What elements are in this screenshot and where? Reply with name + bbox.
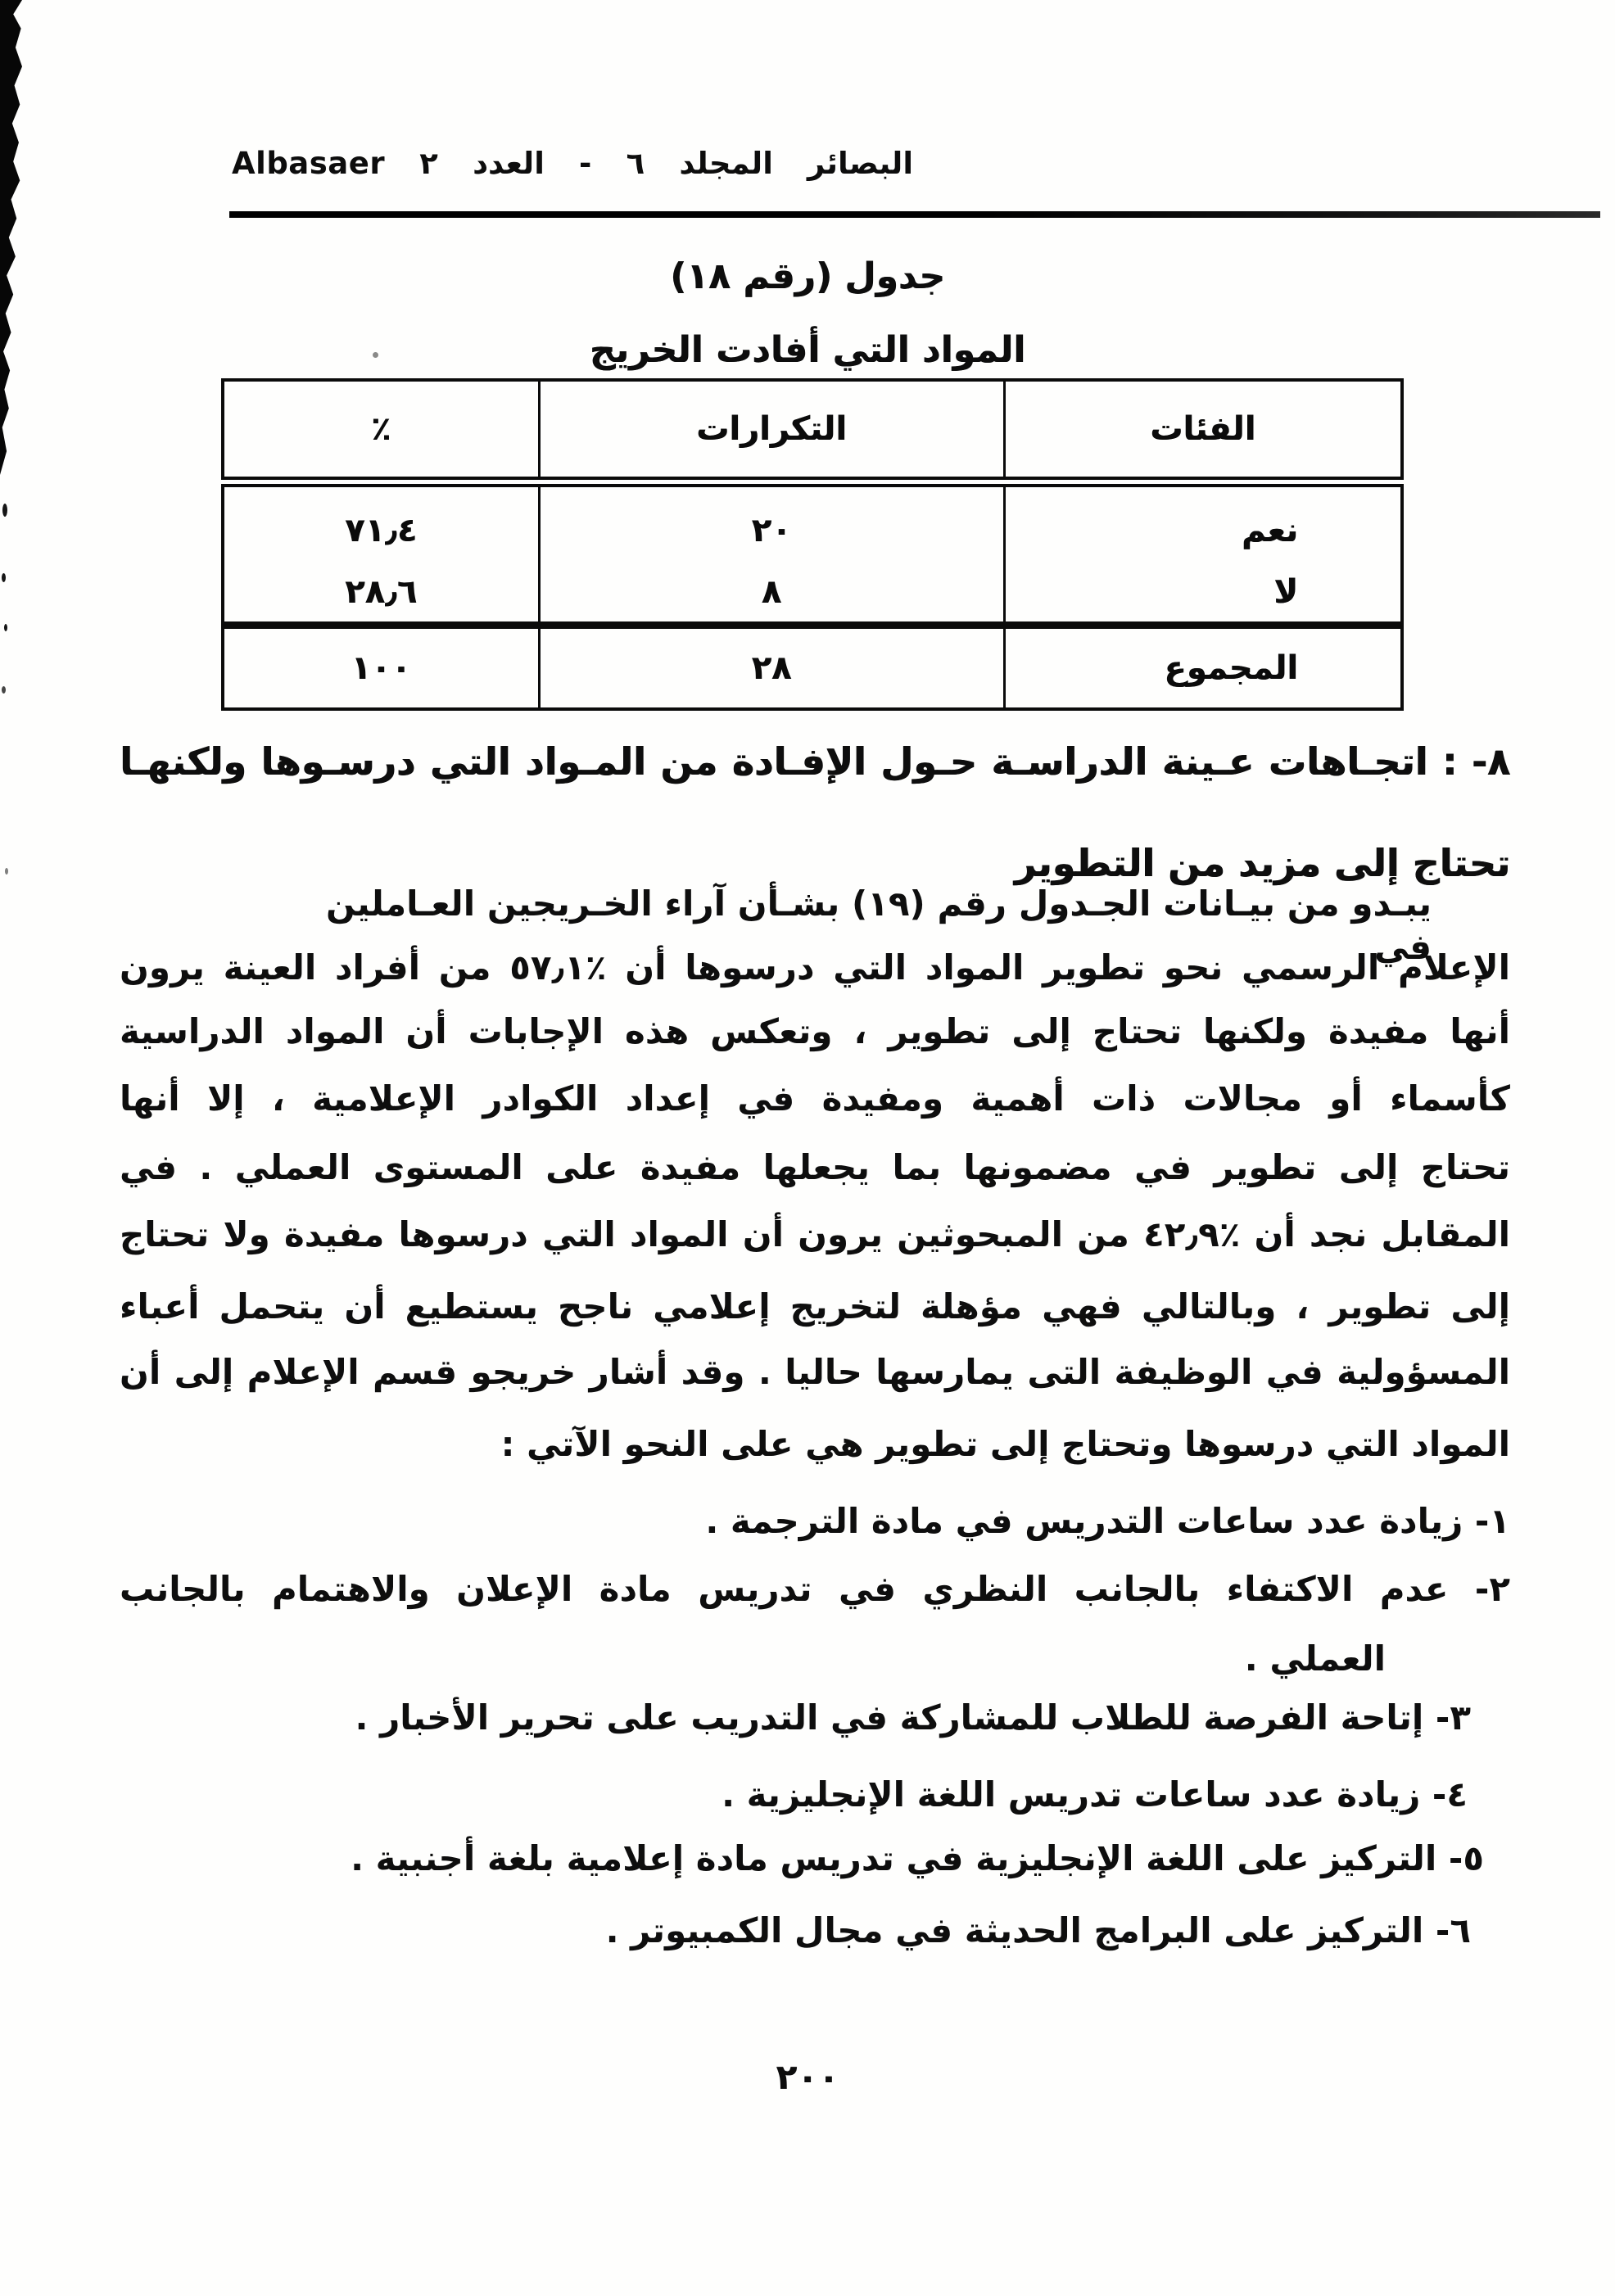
column-header-categories: الفئات xyxy=(1004,380,1402,482)
cell-percent: ٢٨٫٦ xyxy=(223,563,539,626)
header-rule xyxy=(229,211,1600,218)
list-item-2: ٢- عدم الاكتفاء بالجانب النظري في تدريس … xyxy=(120,1568,1510,1611)
table-row-no: لا ٨ ٢٨٫٦ xyxy=(223,563,1402,626)
journal-header: البصائر المجلد ٦ - العدد ٢ Albasaer xyxy=(232,146,913,181)
page-number: ٢٠٠ xyxy=(218,2057,1397,2097)
scan-speck xyxy=(2,573,6,582)
paragraph-line: المواد التي درسوها وتحتاج إلى تطوير هي ع… xyxy=(120,1423,1510,1467)
paragraph-line: الإعلام الرسمي نحو تطوير المواد التي درس… xyxy=(120,947,1510,990)
list-item-2-continuation: العملي . xyxy=(120,1638,1510,1681)
scan-edge-artifact xyxy=(0,0,22,475)
scan-speck xyxy=(5,868,8,875)
cell-frequency-total: ٢٨ xyxy=(539,626,1004,710)
list-item-6: ٦- التركيز على البرامج الحديثة في مجال ا… xyxy=(120,1910,1510,1953)
list-item-4: ٤- زيادة عدد ساعات تدريس اللغة الإنجليزي… xyxy=(120,1774,1510,1817)
paragraph-line: كأسماء أو مجالات ذات أهمية ومفيدة في إعد… xyxy=(120,1078,1510,1121)
table-header-row: الفئات التكرارات ٪ xyxy=(223,380,1402,482)
results-table: الفئات التكرارات ٪ نعم ٢٠ ٧١٫٤ لا ٨ ٢٨٫٦… xyxy=(221,378,1404,711)
cell-frequency: ٨ xyxy=(539,563,1004,626)
scan-speck xyxy=(2,504,7,517)
paragraph-line: أنها مفيدة ولكنها تحتاج إلى تطوير ، وتعك… xyxy=(120,1010,1510,1054)
section-heading-line2: تحتاج إلى مزيد من التطوير xyxy=(120,840,1510,888)
table-row-total: المجموع ٢٨ ١٠٠ xyxy=(223,626,1402,710)
section-heading-line1: ٨- : اتجـاهات عـينة الدراسـة حـول الإفـا… xyxy=(120,739,1510,786)
paragraph-line: إلى تطوير ، وبالتالي فهي مؤهلة لتخريج إع… xyxy=(120,1286,1510,1329)
paragraph-line: تحتاج إلى تطوير في مضمونها بما يجعلها مف… xyxy=(120,1146,1510,1190)
cell-percent-total: ١٠٠ xyxy=(223,626,539,710)
table-caption-title: المواد التي أفادت الخريج xyxy=(218,329,1397,371)
table-caption-number: جدول (رقم ١٨) xyxy=(218,255,1397,297)
scan-speck xyxy=(2,686,6,694)
column-header-percent: ٪ xyxy=(223,380,539,482)
paragraph-line: المقابل نجد أن ٪٤٢٫٩ من المبحوثين يرون أ… xyxy=(120,1214,1510,1257)
list-item-5: ٥- التركيز على اللغة الإنجليزية في تدريس… xyxy=(120,1837,1510,1881)
cell-category-total: المجموع xyxy=(1004,626,1402,710)
cell-category: نعم xyxy=(1004,482,1402,563)
scan-speck xyxy=(4,624,7,631)
cell-percent: ٧١٫٤ xyxy=(223,482,539,563)
column-header-frequencies: التكرارات xyxy=(539,380,1004,482)
table-row-yes: نعم ٢٠ ٧١٫٤ xyxy=(223,482,1402,563)
scanned-journal-page: البصائر المجلد ٦ - العدد ٢ Albasaer جدول… xyxy=(0,0,1615,2296)
cell-category: لا xyxy=(1004,563,1402,626)
cell-frequency: ٢٠ xyxy=(539,482,1004,563)
list-item-1: ١- زيادة عدد ساعات التدريس في مادة الترج… xyxy=(120,1500,1510,1543)
list-item-3: ٣- إتاحة الفرصة للطلاب للمشاركة في التدر… xyxy=(120,1697,1510,1740)
paragraph-line: المسؤولية في الوظيفة التى يمارسها حاليا … xyxy=(120,1351,1510,1394)
